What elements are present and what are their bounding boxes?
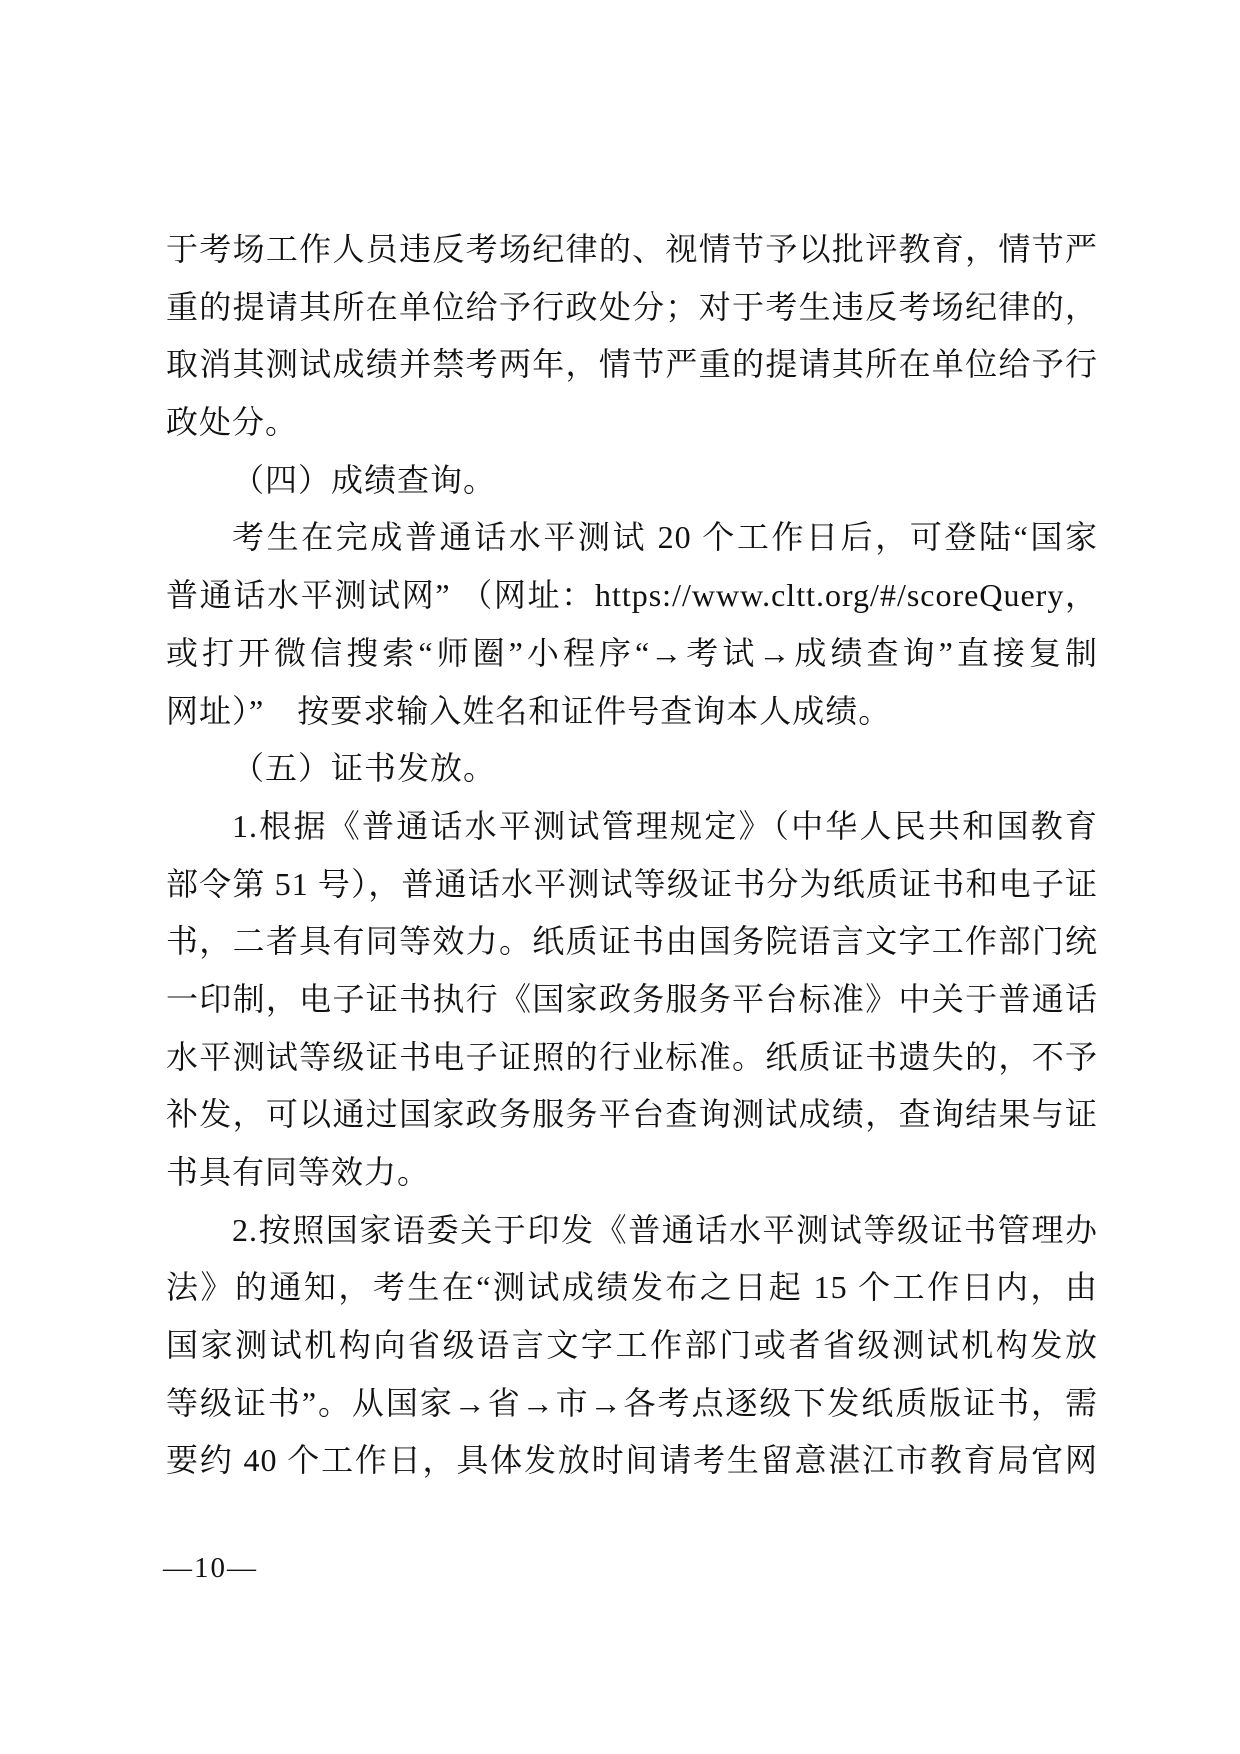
text-line: 等级证书”。从国家→省→市→各考点逐级下发纸质版证书，需 (166, 1375, 1098, 1433)
text-line: 部令第 51 号），普通话水平测试等级证书分为纸质证书和电子证 (166, 856, 1098, 914)
text-line: 1.根据《普通话水平测试管理规定》（中华人民共和国教育 (166, 798, 1098, 856)
text-line: 或打开微信搜索“师圈”小程序“→考试→成绩查询”直接复制 (166, 625, 1098, 683)
text-line: 水平测试等级证书电子证照的行业标准。纸质证书遗失的，不予 (166, 1029, 1098, 1087)
page-footer: —10— (163, 1550, 258, 1586)
text-line: 网址）” 按要求输入姓名和证件号查询本人成绩。 (166, 683, 1098, 741)
text-line: 法》的通知，考生在“测试成绩发布之日起 15 个工作日内，由 (166, 1259, 1098, 1317)
text-line: 取消其测试成绩并禁考两年，情节严重的提请其所在单位给予行 (166, 336, 1098, 394)
text-line-with-url: 普通话水平测试网” （网址：https://www.cltt.org/#/sco… (166, 567, 1098, 625)
text-line: 重的提请其所在单位给予行政处分；对于考生违反考场纪律的， (166, 279, 1098, 337)
text-line: 政处分。 (166, 394, 1098, 452)
text-line: 要约 40 个工作日，具体发放时间请考生留意湛江市教育局官网 (166, 1432, 1098, 1490)
section-heading-5-certificate-issuance: （五）证书发放。 (166, 740, 1098, 798)
text-line: 书具有同等效力。 (166, 1144, 1098, 1202)
text-block: 于考场工作人员违反考场纪律的、视情节予以批评教育，情节严 重的提请其所在单位给予… (166, 221, 1098, 1490)
text-line: 书，二者具有同等效力。纸质证书由国务院语言文字工作部门统 (166, 913, 1098, 971)
text-line: 补发，可以通过国家政务服务平台查询测试成绩，查询结果与证 (166, 1086, 1098, 1144)
text-line: 考生在完成普通话水平测试 20 个工作日后，可登陆“国家 (166, 509, 1098, 567)
document-page: 于考场工作人员违反考场纪律的、视情节予以批评教育，情节严 重的提请其所在单位给予… (0, 0, 1240, 1754)
text-line: 于考场工作人员违反考场纪律的、视情节予以批评教育，情节严 (166, 221, 1098, 279)
section-heading-4-score-query: （四）成绩查询。 (166, 452, 1098, 510)
text-line: 一印制，电子证书执行《国家政务服务平台标准》中关于普通话 (166, 971, 1098, 1029)
text-line: 2.按照国家语委关于印发《普通话水平测试等级证书管理办 (166, 1202, 1098, 1260)
text-line: 国家测试机构向省级语言文字工作部门或者省级测试机构发放 (166, 1317, 1098, 1375)
page-number: —10— (163, 1552, 258, 1584)
